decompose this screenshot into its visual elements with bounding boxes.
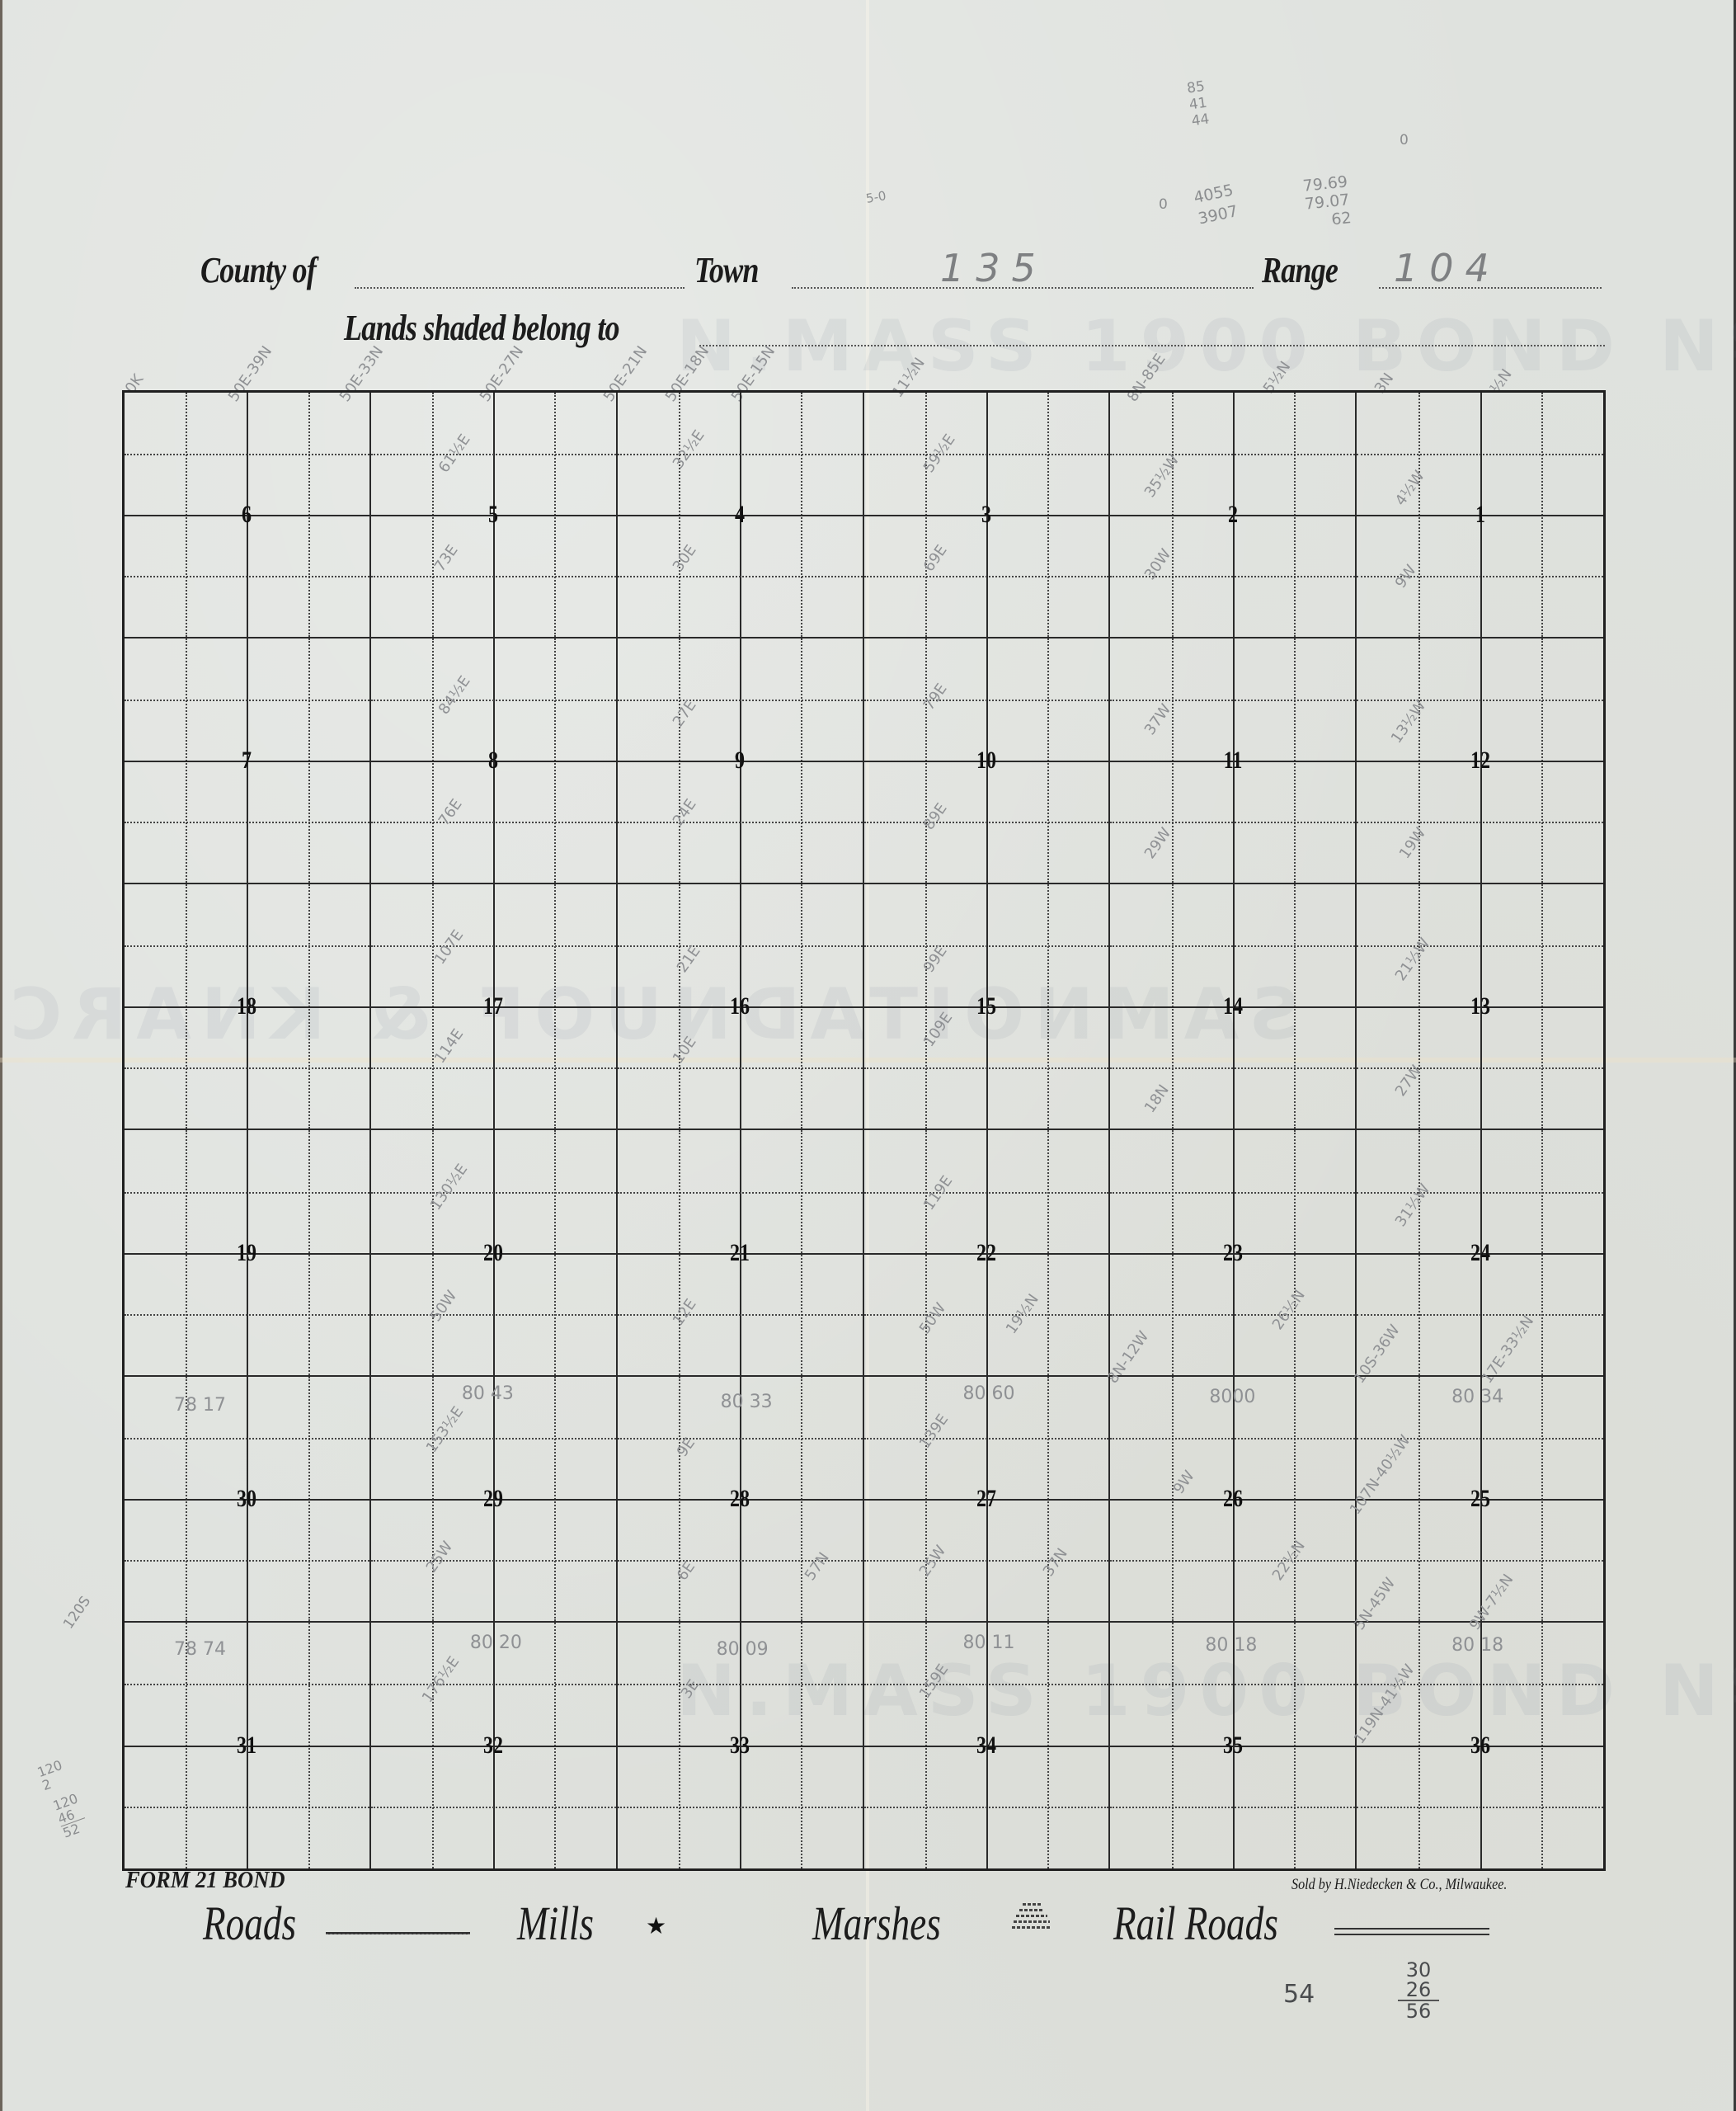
pencil-note: 80 33: [721, 1392, 773, 1412]
pencil-note: 3E: [677, 1676, 702, 1702]
pencil-note: 80 18: [1451, 1635, 1503, 1656]
bottom-pencil-fraction: 30 26 56: [1398, 1960, 1439, 2021]
section-16[interactable]: 1621E10E: [618, 884, 864, 1130]
section-number: 35: [1223, 1733, 1243, 1758]
pencil-note: 107N-40½W: [1347, 1431, 1414, 1517]
section-number: 16: [730, 994, 750, 1019]
pencil-note: 80 20: [470, 1633, 522, 1653]
section-23[interactable]: 2326½N8N-12W: [1110, 1130, 1357, 1376]
section-number: 27: [976, 1487, 996, 1511]
legend-roads-label: Roads: [203, 1896, 296, 1951]
pencil-note: 78 74: [174, 1639, 226, 1660]
section-number: 9: [735, 748, 745, 773]
pencil-note: 84½E: [435, 673, 474, 718]
section-number: 20: [483, 1241, 503, 1265]
pencil-note: 9W: [1392, 562, 1420, 591]
section-number: 22: [976, 1241, 996, 1265]
section-number: 18: [237, 994, 256, 1019]
pencil-note: 32½E: [669, 427, 708, 472]
road-line-symbol: [326, 1932, 470, 1934]
section-number: 3: [981, 502, 991, 527]
margin-tally: 79.69 79.07 62: [1302, 172, 1353, 231]
section-number: 25: [1470, 1487, 1490, 1511]
section-number: 15: [976, 994, 996, 1019]
section-number: 6: [242, 502, 252, 527]
pencil-note: 35½W: [1141, 451, 1183, 501]
section-3[interactable]: 359½E69E: [864, 393, 1111, 638]
pencil-note: 80 18: [1205, 1635, 1257, 1656]
section-33[interactable]: 3380 093E: [618, 1623, 864, 1868]
section-number: 1: [1475, 502, 1485, 527]
pencil-note: 159E: [915, 1661, 951, 1702]
section-31[interactable]: 3178 74: [125, 1623, 371, 1868]
section-7[interactable]: 7: [125, 638, 371, 884]
section-27[interactable]: 2780 60139E25W37N: [864, 1377, 1111, 1623]
section-30[interactable]: 3078 17: [125, 1377, 371, 1623]
pencil-note: 9W: [1170, 1468, 1198, 1497]
pencil-note: 12E: [669, 1296, 699, 1329]
pencil-note: 78 17: [174, 1395, 226, 1416]
lands-owner-field[interactable]: [699, 345, 1605, 346]
town-value: 135: [940, 246, 1047, 290]
pencil-note: 50W: [915, 1300, 949, 1337]
pencil-note: 80 60: [963, 1383, 1015, 1404]
pencil-note: 80 43: [462, 1383, 514, 1404]
pencil-note: 114E: [431, 1026, 467, 1067]
section-11[interactable]: 1137W29W: [1110, 638, 1357, 884]
pencil-note: 80 09: [717, 1639, 769, 1660]
section-number: 4: [735, 502, 745, 527]
section-29[interactable]: 2980 43153½E25W: [371, 1377, 618, 1623]
section-number: 31: [237, 1733, 256, 1758]
section-20[interactable]: 20130½E50W: [371, 1130, 618, 1376]
town-label: Town: [694, 249, 759, 291]
section-24[interactable]: 2431½W10S-36W17E-33½N: [1357, 1130, 1603, 1376]
section-12[interactable]: 1213½W19W: [1357, 638, 1603, 884]
form-id: FORM 21 BOND: [125, 1868, 285, 1894]
lands-label: Lands shaded belong to: [344, 307, 619, 349]
pencil-note: 119N-41½W: [1351, 1661, 1418, 1747]
publisher-credit: Sold by H.Niedecken & Co., Milwaukee.: [1291, 1876, 1507, 1894]
pencil-note: 29W: [1141, 825, 1175, 862]
bleed-through-text: N.MASS 1900 BOND Nº21: [676, 305, 1736, 388]
pencil-note: 153½E: [423, 1403, 467, 1456]
pencil-note: 176½E: [419, 1653, 463, 1706]
section-number: 8: [488, 748, 498, 773]
legend-railroads-label: Rail Roads: [1113, 1896, 1278, 1951]
section-8[interactable]: 884½E76E: [371, 638, 618, 884]
margin-tally: 4055 3907: [1192, 180, 1240, 230]
section-number: 12: [1470, 748, 1490, 773]
section-21[interactable]: 2112E: [618, 1130, 864, 1376]
section-number: 23: [1223, 1241, 1243, 1265]
pencil-note: 8000: [1209, 1387, 1255, 1407]
pencil-note: 73E: [431, 542, 462, 575]
section-32[interactable]: 3280 20176½E: [371, 1623, 618, 1868]
section-1[interactable]: 14½W9W: [1357, 393, 1603, 638]
section-number: 21: [730, 1241, 750, 1265]
section-number: 34: [976, 1733, 996, 1758]
pencil-note: 37N: [1039, 1545, 1070, 1580]
section-number: 7: [242, 748, 252, 773]
section-10[interactable]: 1079E89E: [864, 638, 1111, 884]
mill-star-icon: ★: [646, 1912, 666, 1940]
pencil-note: 4½W: [1392, 468, 1428, 509]
railroad-line-symbol: [1334, 1928, 1489, 1935]
margin-mark: 120S: [60, 1594, 94, 1633]
margin-mark: 0: [1400, 132, 1409, 148]
pencil-note: 25W: [423, 1538, 457, 1575]
pencil-note: 10E: [669, 1034, 699, 1067]
section-18[interactable]: 18: [125, 884, 371, 1130]
section-number: 32: [483, 1733, 503, 1758]
pencil-note: 37W: [1141, 701, 1175, 738]
section-19[interactable]: 19: [125, 1130, 371, 1376]
section-number: 28: [730, 1487, 750, 1511]
section-number: 13: [1470, 994, 1490, 1019]
section-6[interactable]: 6: [125, 393, 371, 638]
pencil-note: 6E: [673, 1558, 698, 1584]
section-25[interactable]: 2580 34107N-40½W5N-45W9W-7½N: [1357, 1377, 1603, 1623]
pencil-note: 139E: [915, 1411, 951, 1452]
pencil-note: 80 34: [1451, 1387, 1503, 1407]
margin-mark: 0: [1159, 196, 1168, 213]
margin-tally: 85 41 44: [1186, 78, 1211, 130]
section-number: 5: [488, 502, 498, 527]
pencil-note: 19W: [1396, 825, 1430, 862]
legend-mills-label: Mills: [517, 1896, 594, 1951]
section-17[interactable]: 17107E114E: [371, 884, 618, 1130]
section-number: 26: [1223, 1487, 1243, 1511]
section-14[interactable]: 1418N: [1110, 884, 1357, 1130]
pencil-note: 57N: [801, 1549, 832, 1584]
section-number: 19: [237, 1241, 256, 1265]
pencil-note: 80 11: [963, 1633, 1015, 1653]
section-number: 14: [1223, 994, 1243, 1019]
section-number: 36: [1470, 1733, 1490, 1758]
range-label: Range: [1262, 249, 1338, 291]
pencil-note: 18N: [1141, 1081, 1173, 1116]
section-28[interactable]: 2880 339E6E57N: [618, 1377, 864, 1623]
pencil-note: 21½W: [1392, 935, 1434, 985]
section-22[interactable]: 22119E50W19½N: [864, 1130, 1111, 1376]
section-number: 11: [1223, 748, 1242, 773]
pencil-note: 107E: [431, 927, 467, 968]
range-value: 104: [1394, 246, 1501, 290]
pencil-note: 13½W: [1388, 697, 1430, 747]
section-35[interactable]: 3580 18: [1110, 1623, 1357, 1868]
pencil-note: 31½W: [1392, 1181, 1434, 1231]
marsh-hatch-icon: [1012, 1903, 1051, 1931]
section-number: 29: [483, 1487, 503, 1511]
section-number: 17: [483, 994, 503, 1019]
section-2[interactable]: 235½W30W: [1110, 393, 1357, 638]
section-number: 24: [1470, 1241, 1490, 1265]
pencil-note: 26½N: [1269, 1287, 1309, 1333]
county-field[interactable]: [355, 287, 685, 289]
county-label: County of: [200, 249, 316, 291]
section-13[interactable]: 1321½W27W: [1357, 884, 1603, 1130]
section-26[interactable]: 2680009W22½N: [1110, 1377, 1357, 1623]
pencil-note: 27E: [669, 697, 699, 730]
section-number: 2: [1228, 502, 1238, 527]
legend-marshes-label: Marshes: [812, 1896, 941, 1951]
bottom-pencil-number: 54: [1283, 1980, 1315, 2009]
section-9[interactable]: 927E24E: [618, 638, 864, 884]
township-grid: 6 561½E73E 432½E30E 359½E69E 235½W30W 14…: [122, 390, 1606, 1871]
section-4[interactable]: 432½E30E: [618, 393, 864, 638]
section-number: 30: [237, 1487, 256, 1511]
pencil-note: 30W: [1141, 546, 1175, 583]
section-15[interactable]: 1599E109E: [864, 884, 1111, 1130]
margin-tally: 120 2: [35, 1758, 68, 1793]
margin-mark: 5-0: [865, 188, 887, 206]
section-number: 33: [730, 1733, 750, 1758]
section-36[interactable]: 3680 18119N-41½W: [1357, 1623, 1603, 1868]
pencil-note: 76E: [435, 796, 466, 829]
section-5[interactable]: 561½E73E: [371, 393, 618, 638]
pencil-note: 24E: [669, 796, 699, 829]
section-number: 10: [976, 748, 996, 773]
pencil-note: 30E: [669, 542, 699, 575]
margin-tally: 120 46 52: [51, 1791, 89, 1840]
section-34[interactable]: 3480 11159E: [864, 1623, 1111, 1868]
